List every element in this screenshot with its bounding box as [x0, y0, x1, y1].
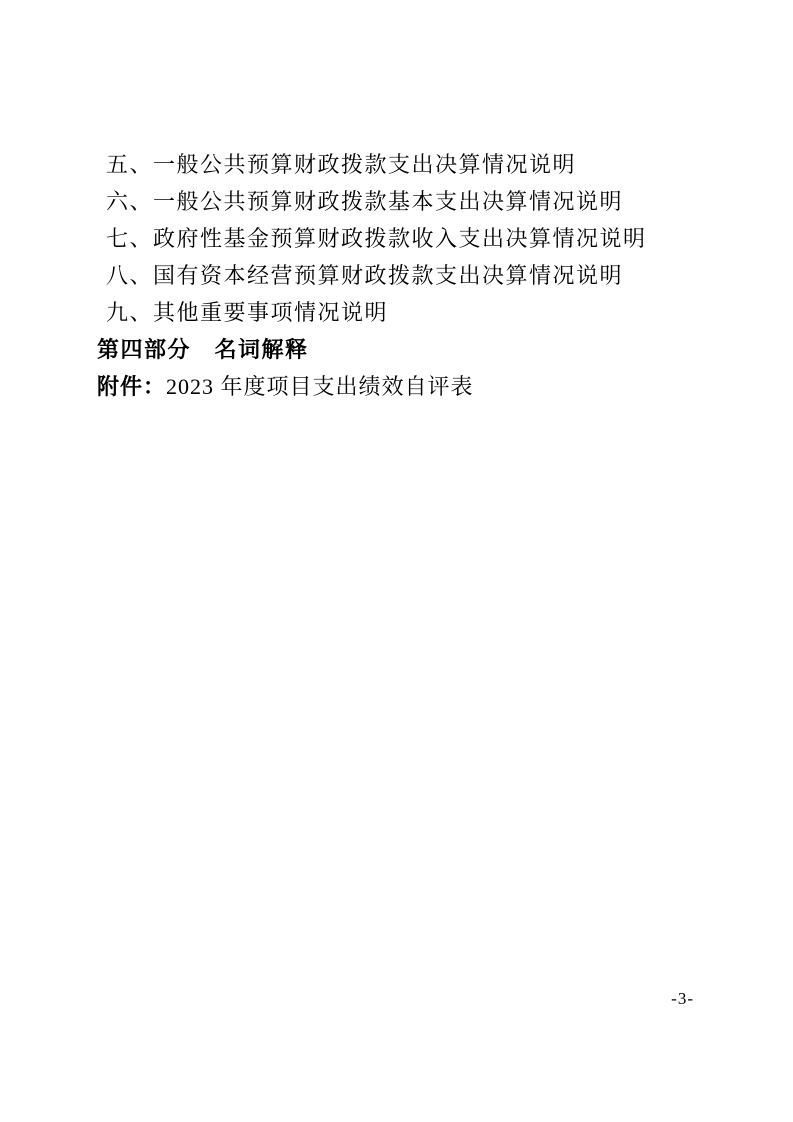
page-number: -3-: [671, 988, 694, 1010]
toc-item: 八、国有资本经营预算财政拨款支出决算情况说明: [97, 257, 697, 294]
toc-item: 七、政府性基金预算财政拨款收入支出决算情况说明: [97, 220, 697, 257]
document-page: 五、一般公共预算财政拨款支出决算情况说明 六、一般公共预算财政拨款基本支出决算情…: [0, 0, 793, 1122]
attachment-line: 附件：2023 年度项目支出绩效自评表: [97, 368, 697, 405]
toc-item: 五、一般公共预算财政拨款支出决算情况说明: [97, 146, 697, 183]
toc-list: 五、一般公共预算财政拨款支出决算情况说明 六、一般公共预算财政拨款基本支出决算情…: [97, 146, 697, 405]
attachment-title: 2023 年度项目支出绩效自评表: [166, 374, 474, 399]
attachment-label: 附件：: [97, 374, 166, 399]
section-heading: 第四部分 名词解释: [97, 331, 697, 368]
toc-item: 九、其他重要事项情况说明: [97, 294, 697, 331]
toc-item: 六、一般公共预算财政拨款基本支出决算情况说明: [97, 183, 697, 220]
